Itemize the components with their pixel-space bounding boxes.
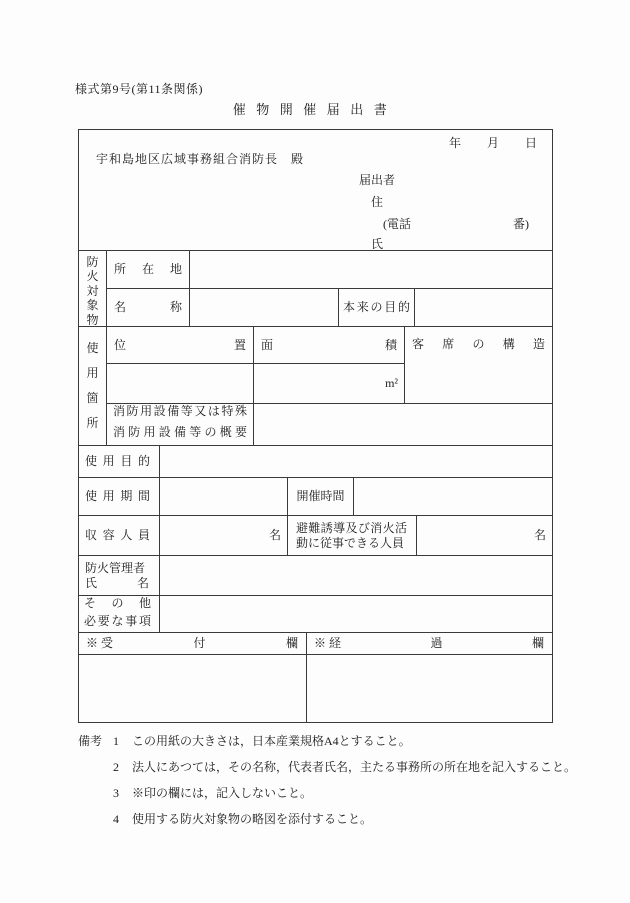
form-number: 様式第9号(第11条関係) [75, 82, 203, 96]
progress-label-right: 欄 [532, 636, 544, 650]
stamp-entry-row [79, 654, 552, 722]
phone-suffix: 番) [513, 217, 529, 231]
note-number: 2 [113, 754, 119, 780]
capacity-label-cell: 収 容 人 員 [79, 516, 159, 555]
seat-structure-label: 客 席 の 構 造 [412, 337, 545, 351]
document-page: 様式第9号(第11条関係) 催物開催届出書 年 月 日 宇和島地区広域事務組合消… [0, 0, 630, 903]
note-line: 3 ※印の欄には，記入しないこと。 [78, 780, 598, 806]
other-label-cell: そ の 他 必要な事項 [79, 596, 159, 632]
purpose-label-cell: 使 用 目 的 [79, 446, 159, 477]
purpose-entry [159, 446, 552, 477]
purpose-row: 使 用 目 的 [79, 445, 552, 477]
period-entry [159, 478, 287, 515]
staff-unit: 名 [534, 528, 546, 542]
use-section-group-cell: 使用箇所 [79, 327, 106, 445]
note-text: 法人にあつては，その名称，代表者氏名，主たる事務所の所在地を記入すること。 [132, 760, 576, 774]
progress-label-left: ※ 経 [314, 636, 341, 650]
position-entry [106, 364, 253, 403]
staff-label-cell: 避難誘導及び消火活動に従事できる人員 [287, 516, 416, 555]
staff-label: 避難誘導及び消火活動に従事できる人員 [296, 521, 407, 551]
area-label: 面 積 [261, 338, 397, 352]
fire-object-section: 防火対象物 所 在 地 名 称 [79, 251, 552, 326]
position-label: 位 置 [114, 338, 246, 352]
note-line: 4 使用する防火対象物の略図を添付すること。 [78, 806, 598, 832]
object-name-entry [189, 289, 338, 326]
manager-label-cell: 防火管理者 氏 名 [79, 556, 159, 595]
location-label-cell: 所 在 地 [106, 251, 189, 288]
note-line: 備考 1 この用紙の大きさは，日本産業規格A4とすること。 [78, 728, 598, 754]
note-number: 4 [113, 806, 119, 832]
address-label: 住 所 [371, 195, 630, 209]
day-label: 日 [525, 136, 537, 150]
stamp-header-row: ※ 受 付 欄 ※ 経 過 欄 [79, 632, 552, 654]
form-grid: 防火対象物 所 在 地 名 称 [79, 250, 552, 722]
time-entry [353, 478, 552, 515]
other-label-line2: 必要な事項 [84, 614, 151, 632]
seat-structure-cell: 客 席 の 構 造 [404, 327, 552, 403]
area-label-cell: 面 積 [253, 327, 404, 363]
note-text: 使用する防火対象物の略図を添付すること。 [132, 812, 372, 826]
period-label-cell: 使 用 期 間 [79, 478, 159, 515]
area-entry: m² [253, 364, 404, 403]
period-row: 使 用 期 間 開催時間 [79, 477, 552, 515]
name-label-cell: 名 称 [106, 289, 189, 326]
manager-label-line2: 氏 名 [85, 576, 149, 591]
object-name-label: 名 称 [114, 300, 182, 314]
period-label: 使 用 期 間 [85, 489, 150, 503]
equipment-entry [253, 404, 552, 445]
other-entry [159, 596, 552, 632]
receipt-column-label: ※ 受 付 欄 [79, 633, 306, 654]
progress-label-mid: 過 [430, 636, 442, 650]
receipt-entry [79, 655, 306, 722]
time-label-cell: 開催時間 [287, 478, 353, 515]
notes: 備考 1 この用紙の大きさは，日本産業規格A4とすること。 2 法人にあつては，… [78, 728, 598, 832]
purpose-label: 使 用 目 的 [85, 454, 150, 468]
notes-label: 備考 [78, 728, 102, 754]
notifier-label: 届出者 [359, 173, 395, 187]
note-text: ※印の欄には，記入しないこと。 [132, 786, 312, 800]
capacity-entry: 名 [159, 516, 287, 555]
phone-line: (電話 番) [383, 217, 529, 231]
equipment-label-line1: 消防用設備等又は特殊 [113, 404, 247, 425]
receipt-label-left: ※ 受 [86, 636, 113, 650]
manager-label-line1: 防火管理者 [85, 561, 149, 576]
equipment-label-cell: 消防用設備等又は特殊 消防用設備等の概要 [106, 404, 253, 445]
capacity-label: 収 容 人 員 [85, 528, 150, 542]
receipt-label-mid: 付 [193, 636, 205, 650]
staff-entry: 名 [416, 516, 552, 555]
notification-box: 年 月 日 宇和島地区広域事務組合消防長 殿 届出者 住 所 (電話 番) 氏 … [78, 129, 553, 723]
note-line: 2 法人にあつては，その名称，代表者氏名，主たる事務所の所在地を記入すること。 [78, 754, 598, 780]
time-label: 開催時間 [296, 489, 344, 503]
other-label-line1: そ の 他 [84, 596, 151, 614]
month-label: 月 [487, 136, 499, 150]
position-label-cell: 位 置 [106, 327, 253, 363]
addressee: 宇和島地区広域事務組合消防長 殿 [96, 152, 304, 166]
receipt-label-right: 欄 [286, 636, 298, 650]
date-line: 年 月 日 [79, 136, 552, 150]
fire-object-group-cell: 防火対象物 [79, 251, 106, 326]
note-number: 1 [113, 728, 119, 754]
manager-entry [159, 556, 552, 595]
original-purpose-label: 本来の目的 [343, 300, 410, 314]
location-label: 所 在 地 [114, 262, 182, 276]
use-section: 使用箇所 位 置 面 積 [79, 326, 552, 445]
use-section-group-label: 使用箇所 [79, 327, 106, 445]
phone-prefix: (電話 [383, 217, 411, 231]
note-number: 3 [113, 780, 119, 806]
capacity-row: 収 容 人 員 名 避難誘導及び消火活動に従事できる人員 名 [79, 515, 552, 555]
original-purpose-label-cell: 本来の目的 [338, 289, 414, 326]
form-title: 催物開催届出書 [0, 102, 630, 118]
capacity-unit: 名 [269, 528, 281, 542]
manager-row: 防火管理者 氏 名 [79, 555, 552, 595]
original-purpose-entry [414, 289, 552, 326]
equipment-label-line2: 消防用設備等の概要 [113, 425, 247, 446]
location-entry [189, 251, 552, 288]
progress-entry [306, 655, 552, 722]
area-unit: m² [385, 376, 398, 390]
other-row: そ の 他 必要な事項 [79, 595, 552, 632]
note-text: この用紙の大きさは，日本産業規格A4とすること。 [132, 734, 411, 748]
year-label: 年 [449, 136, 461, 150]
progress-column-label: ※ 経 過 欄 [306, 633, 552, 654]
fire-object-group-label: 防火対象物 [79, 251, 106, 326]
